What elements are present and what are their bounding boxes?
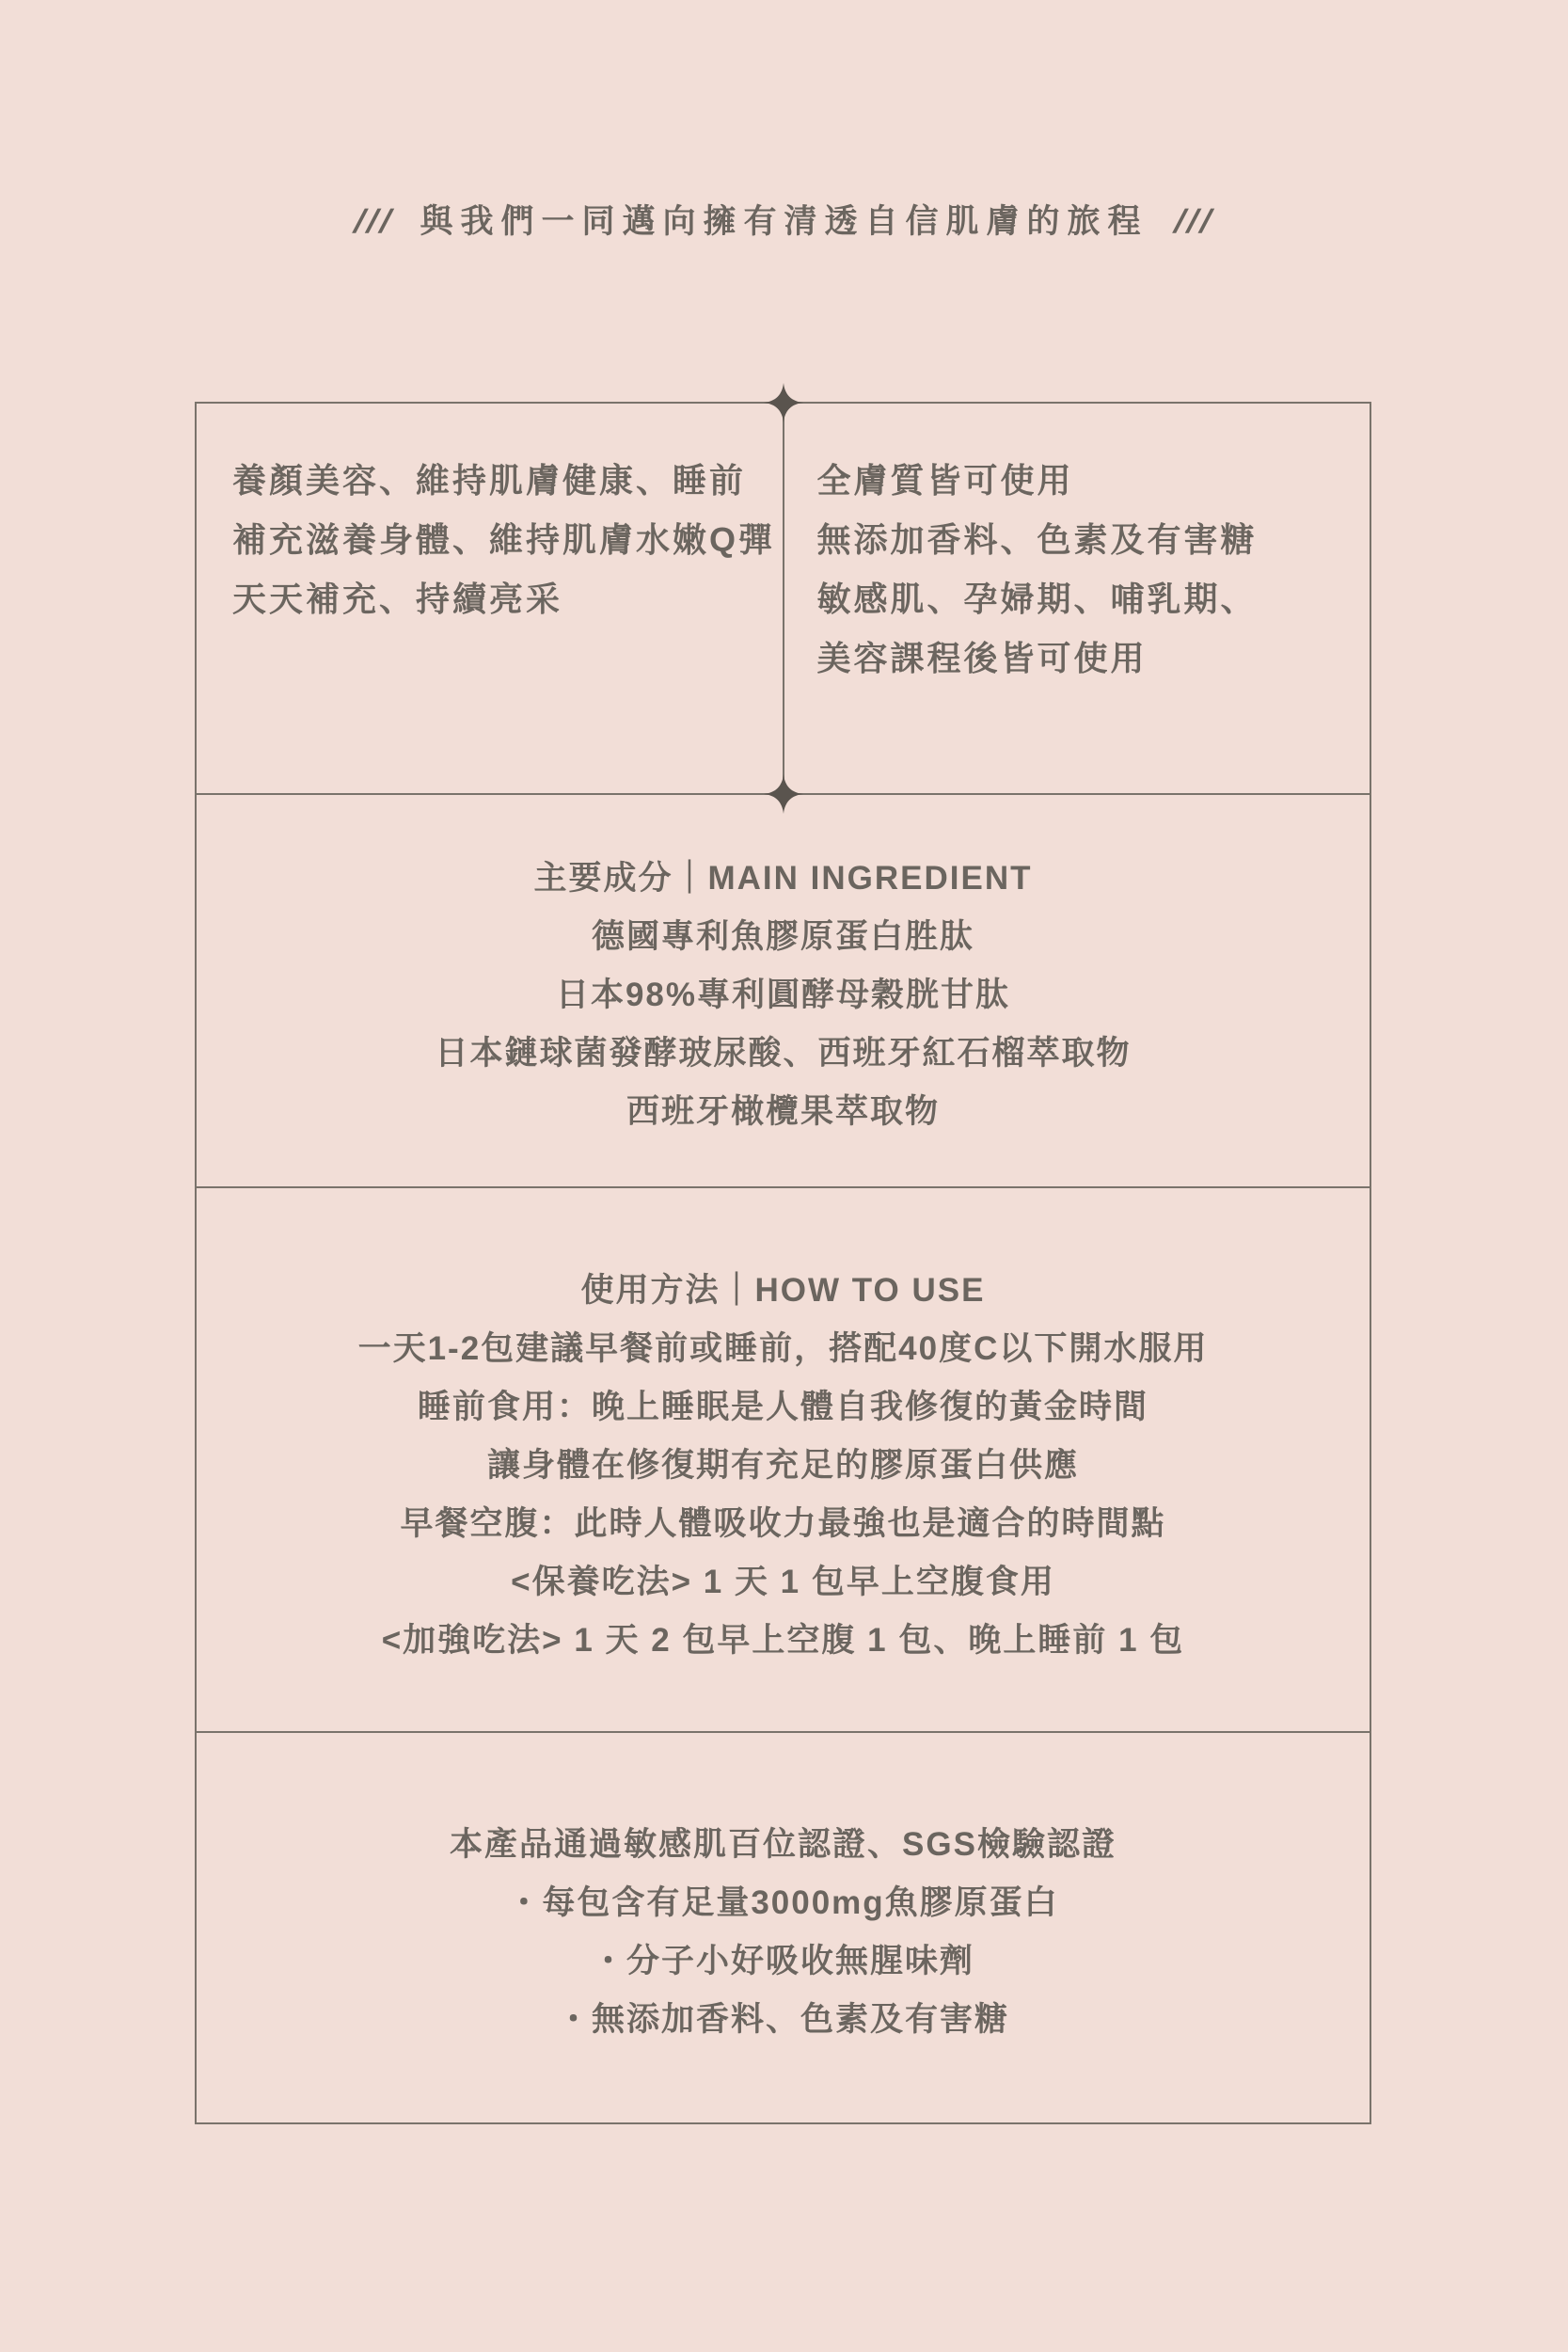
benefit-line: 補充滋養身體、維持肌膚水嫩Q彈 <box>232 510 761 569</box>
ingredients-section: 主要成分｜MAIN INGREDIENT 德國專利魚膠原蛋白胜肽 日本98%專利… <box>197 795 1370 1188</box>
benefit-line: 敏感肌、孕婦期、哺乳期、 <box>817 569 1352 628</box>
header-title: 與我們一同邁向擁有清透自信肌膚的旅程 <box>420 203 1148 240</box>
benefit-line: 無添加香料、色素及有害糖 <box>817 510 1352 569</box>
usage-line: 早餐空腹：此時人體吸收力最強也是適合的時間點 <box>197 1495 1370 1553</box>
certifications-section: 本產品通過敏感肌百位認證、SGS檢驗認證 ・每包含有足量3000mg魚膠原蛋白 … <box>197 1733 1370 2117</box>
page-header: ///與我們一同邁向擁有清透自信肌膚的旅程/// <box>0 196 1568 243</box>
ingredient-line: 日本98%專利圓酵母穀胱甘肽 <box>197 966 1370 1025</box>
certification-line: ・每包含有足量3000mg魚膠原蛋白 <box>197 1874 1370 1932</box>
benefits-right-column: 全膚質皆可使用 無添加香料、色素及有害糖 敏感肌、孕婦期、哺乳期、 美容課程後皆… <box>784 404 1370 793</box>
usage-line: <加強吃法> 1 天 2 包早上空腹 1 包、晚上睡前 1 包 <box>197 1612 1370 1670</box>
column-divider <box>783 404 784 793</box>
usage-section-title: 使用方法｜HOW TO USE <box>197 1262 1370 1320</box>
usage-line: 睡前食用：晚上睡眠是人體自我修復的黃金時間 <box>197 1378 1370 1437</box>
ingredient-line: 西班牙橄欖果萃取物 <box>197 1083 1370 1141</box>
sparkle-icon-bottom <box>764 774 803 814</box>
usage-line: 一天1-2包建議早餐前或睡前，搭配40度C以下開水服用 <box>197 1320 1370 1378</box>
usage-line: <保養吃法> 1 天 1 包早上空腹食用 <box>197 1553 1370 1612</box>
slash-decoration-right: /// <box>1172 203 1216 241</box>
sparkle-icon-top <box>764 383 803 422</box>
info-panel: 養顏美容、維持肌膚健康、睡前 補充滋養身體、維持肌膚水嫩Q彈 天天補充、持續亮采… <box>195 402 1371 2124</box>
certification-line: ・分子小好吸收無腥味劑 <box>197 1932 1370 1991</box>
benefits-section: 養顏美容、維持肌膚健康、睡前 補充滋養身體、維持肌膚水嫩Q彈 天天補充、持續亮采… <box>197 404 1370 795</box>
certification-line: 本產品通過敏感肌百位認證、SGS檢驗認證 <box>197 1816 1370 1874</box>
benefit-line: 美容課程後皆可使用 <box>817 628 1352 688</box>
slash-decoration-left: /// <box>352 203 396 241</box>
usage-line: 讓身體在修復期有充足的膠原蛋白供應 <box>197 1437 1370 1495</box>
benefit-line: 天天補充、持續亮采 <box>232 569 761 628</box>
ingredients-section-title: 主要成分｜MAIN INGREDIENT <box>197 850 1370 908</box>
benefit-line: 全膚質皆可使用 <box>817 451 1352 510</box>
ingredient-line: 日本鏈球菌發酵玻尿酸、西班牙紅石榴萃取物 <box>197 1025 1370 1083</box>
benefits-left-column: 養顏美容、維持肌膚健康、睡前 補充滋養身體、維持肌膚水嫩Q彈 天天補充、持續亮采 <box>197 404 784 793</box>
ingredient-line: 德國專利魚膠原蛋白胜肽 <box>197 908 1370 966</box>
usage-section: 使用方法｜HOW TO USE 一天1-2包建議早餐前或睡前，搭配40度C以下開… <box>197 1188 1370 1733</box>
certification-line: ・無添加香料、色素及有害糖 <box>197 1991 1370 2049</box>
benefit-line: 養顏美容、維持肌膚健康、睡前 <box>232 451 761 510</box>
